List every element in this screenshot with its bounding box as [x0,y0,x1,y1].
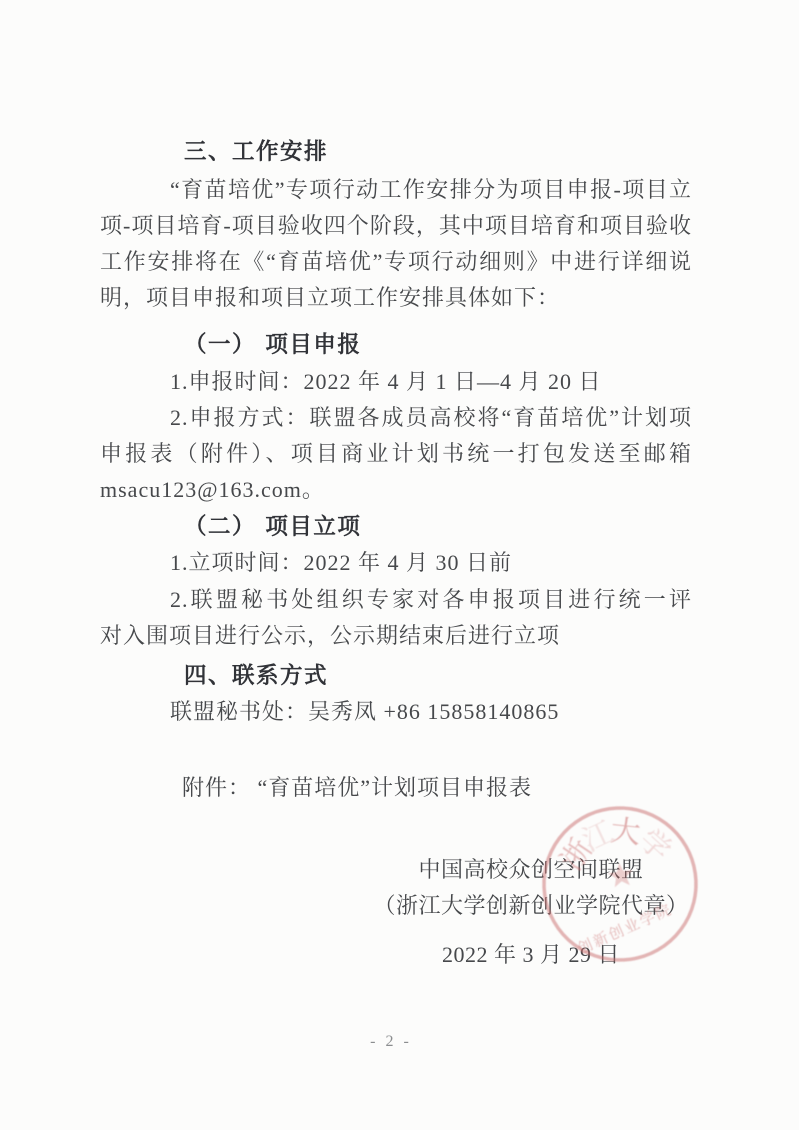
intro-line-4: 明，项目申报和项目立项工作安排具体如下： [100,280,692,316]
signature-org-note: （浙江大学创新创业学院代章） [370,888,692,924]
signature-date: 2022 年 3 月 29 日 [370,937,692,973]
signature-org: 中国高校众创空间联盟 [370,852,692,888]
attachment-line: 附件： “育苗培优”计划项目申报表 [100,770,692,806]
page-number: - 2 - [0,1026,782,1058]
intro-line-3: 工作安排将在《“育苗培优”专项行动细则》中进行详细说 [100,244,692,280]
application-email-line: msacu123@163.com。 [100,472,692,508]
seal-university-char-3: 大 [609,814,642,850]
intro-line-2: 项-项目培育-项目验收四个阶段，其中项目培育和项目验收 [100,208,692,244]
heading-contact: 四、联系方式 [184,658,328,694]
heading-project-approval: （二） 项目立项 [184,509,361,545]
approval-time-line: 1.立项时间：2022 年 4 月 30 日前 [100,545,692,581]
intro-line-1: “育苗培优”专项行动工作安排分为项目申报-项目立 [100,172,692,208]
application-method-line-2: 申报表（附件）、项目商业计划书统一打包发送至邮箱 [100,436,692,472]
approval-process-line-1: 2.联盟秘书处组织专家对各申报项目进行统一评审，并 [100,582,692,618]
application-method-line-1: 2.申报方式：联盟各成员高校将“育苗培优”计划项目 [100,400,692,436]
contact-line: 联盟秘书处：吴秀凤 +86 15858140865 [100,694,692,730]
document-page: 三、工作安排 “育苗培优”专项行动工作安排分为项目申报-项目立 项-项目培育-项… [0,0,799,1130]
heading-work-arrangement: 三、工作安排 [184,134,328,170]
application-time-line: 1.申报时间：2022 年 4 月 1 日—4 月 20 日 [100,364,692,400]
heading-project-application: （一） 项目申报 [184,327,361,363]
approval-process-line-2: 对入围项目进行公示，公示期结束后进行立项 [100,618,692,654]
